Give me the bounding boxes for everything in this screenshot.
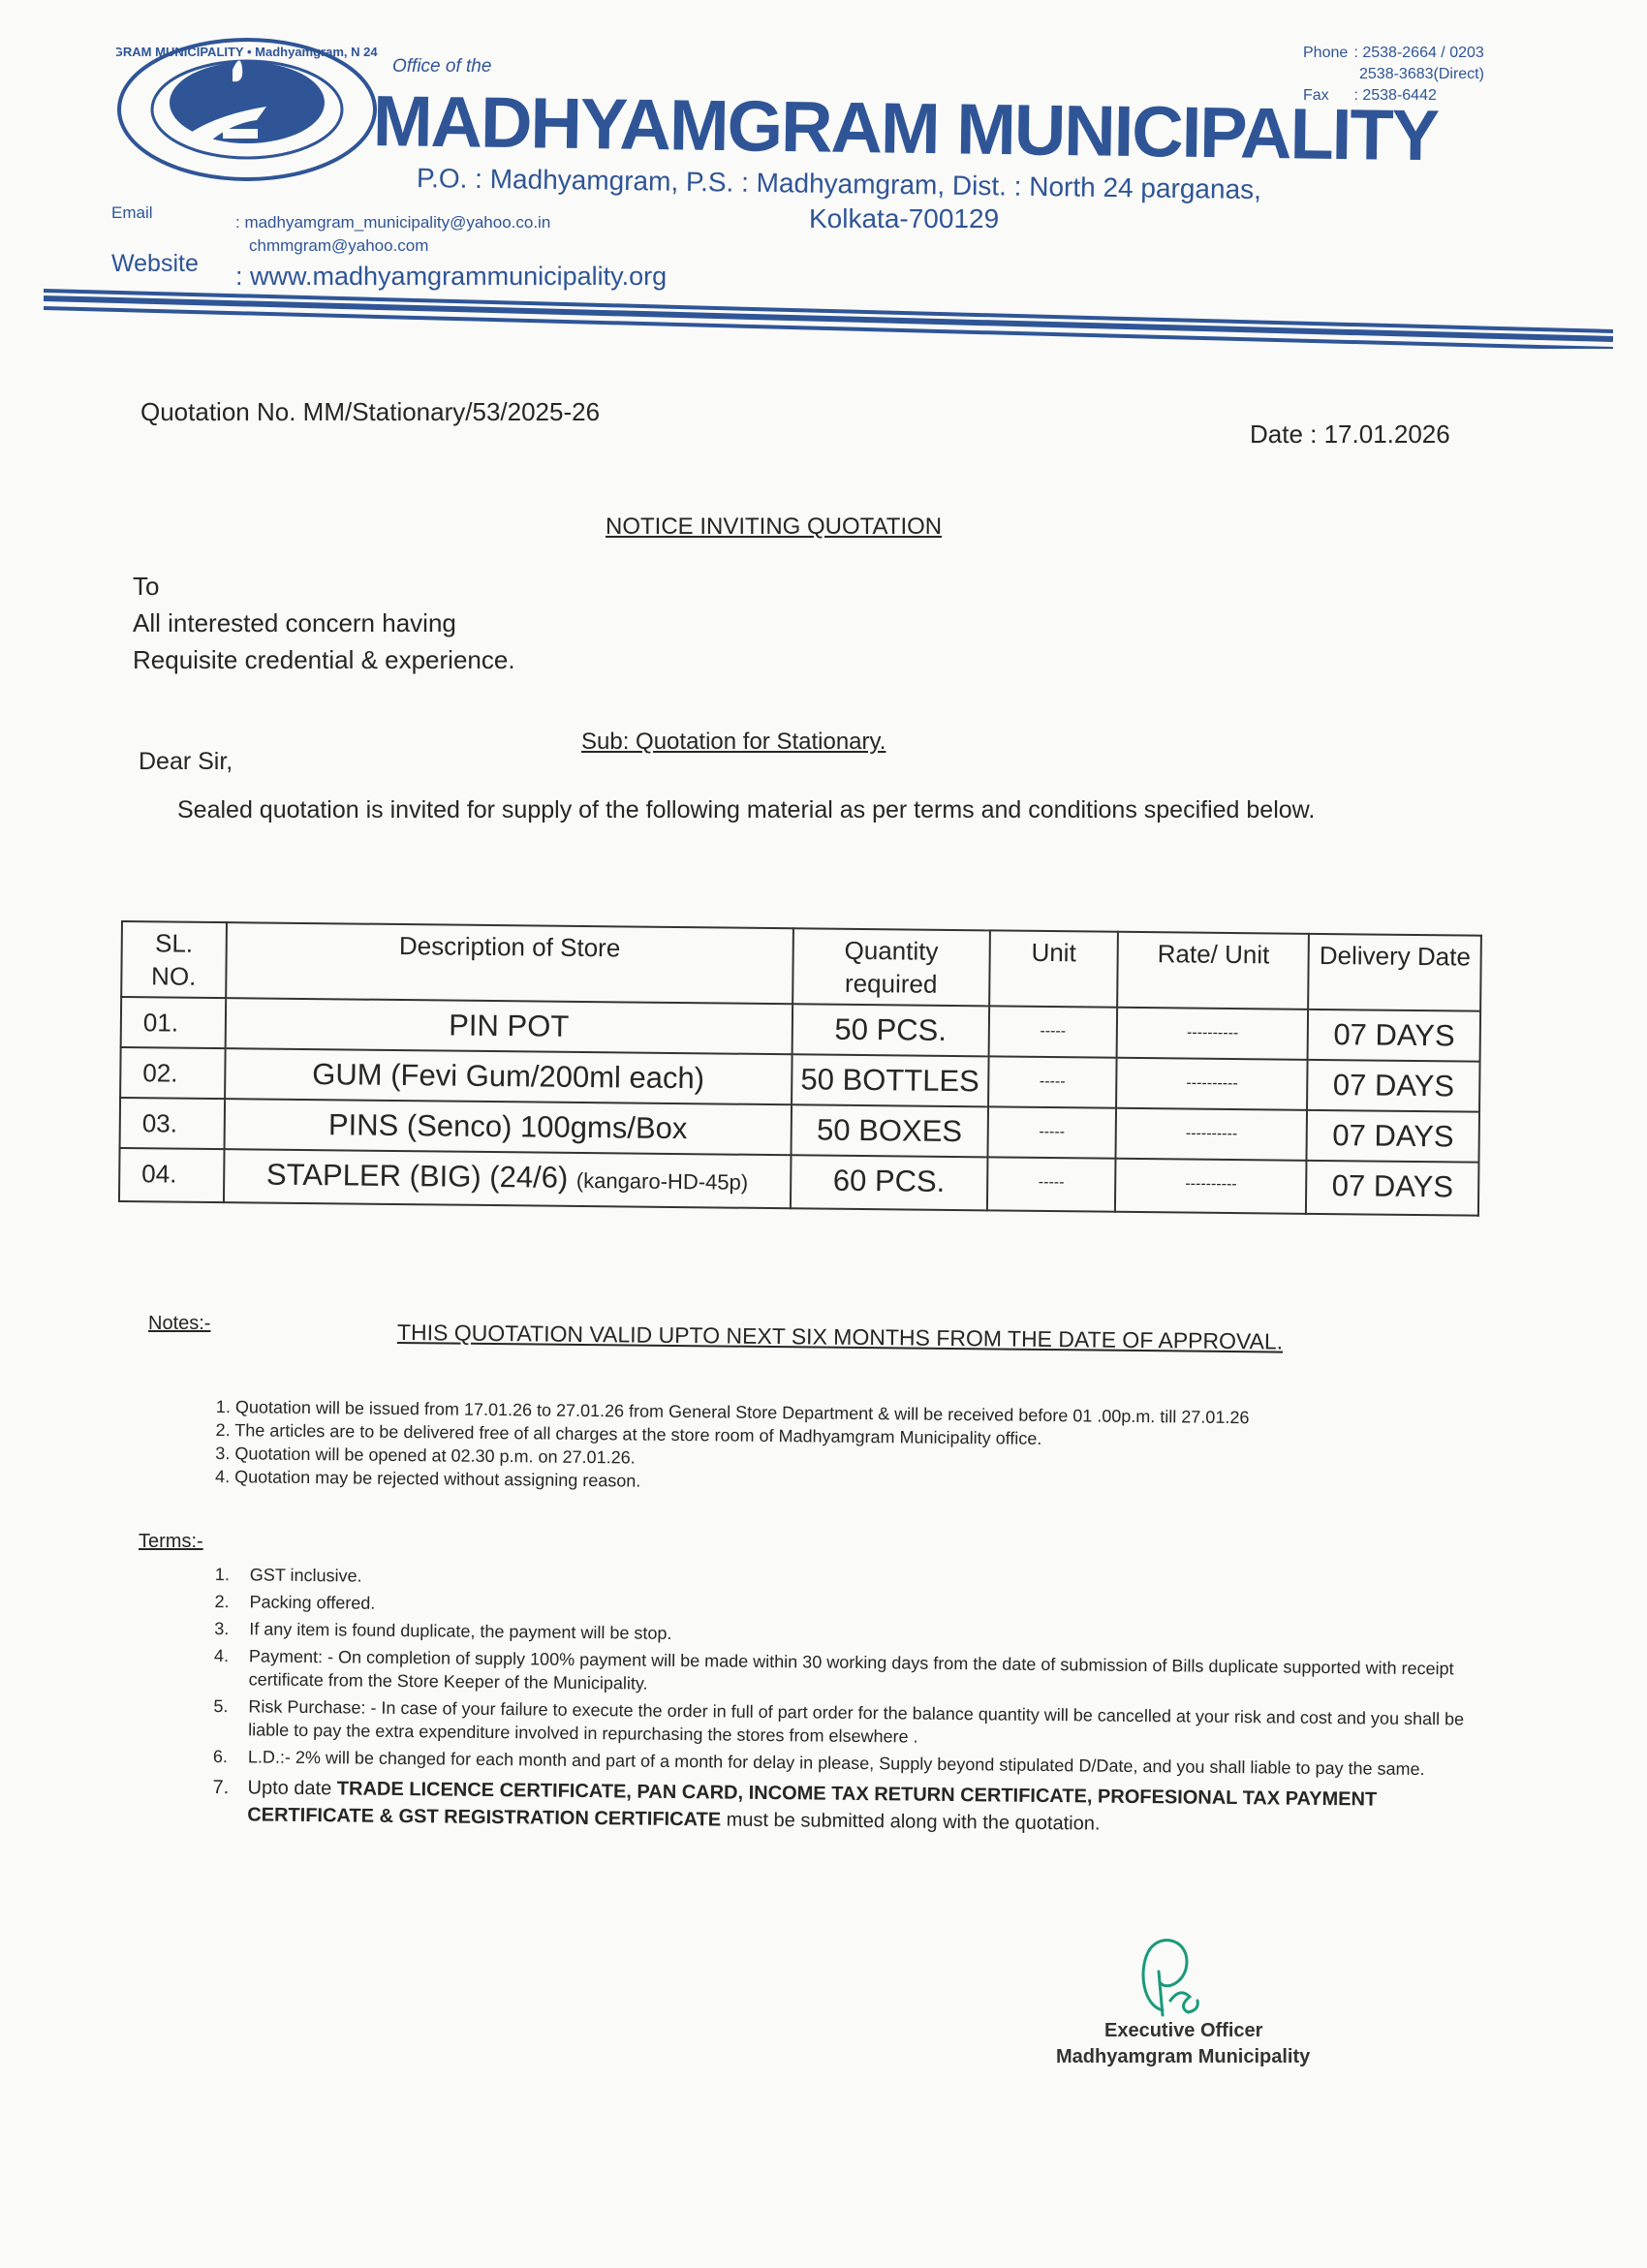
terms-label: Terms:- xyxy=(139,1531,203,1553)
table-header-row: SL. NO. Description of Store Quantity re… xyxy=(121,921,1481,1011)
cell-rate: ---------- xyxy=(1116,1108,1308,1161)
header-quantity: Quantity required xyxy=(792,928,989,1006)
cell-sl-no: 01. xyxy=(121,997,226,1048)
term-text: Payment: - On completion of supply 100% … xyxy=(249,1644,1474,1703)
notes-label: Notes:- xyxy=(148,1313,210,1335)
cell-sl-no: 03. xyxy=(120,1098,225,1149)
cell-quantity: 50 BOXES xyxy=(792,1104,988,1157)
cell-description: PIN POT xyxy=(225,998,792,1054)
phone-number-2: 2538-3683(Direct) xyxy=(1303,64,1484,85)
term-number: 2. xyxy=(214,1590,249,1613)
quotation-number: Quotation No. MM/Stationary/53/2025-26 xyxy=(140,397,600,427)
cell-unit: ----- xyxy=(987,1106,1116,1158)
cell-delivery: 07 DAYS xyxy=(1306,1161,1478,1216)
cell-rate: ---------- xyxy=(1117,1008,1309,1060)
contact-block: Phone : 2538-2664 / 0203 2538-3683(Direc… xyxy=(1303,43,1484,107)
header-unit: Unit xyxy=(989,930,1118,1007)
website-label: Website xyxy=(111,250,199,278)
description-note: (kangaro-HD-45p) xyxy=(576,1168,749,1195)
header-rate-per-unit: Rate/ Unit xyxy=(1117,932,1309,1010)
subject-line: Sub: Quotation for Stationary. xyxy=(581,729,886,756)
to-label: To xyxy=(133,568,515,605)
phone-label: Phone xyxy=(1303,43,1350,64)
cell-sl-no: 04. xyxy=(119,1148,224,1202)
svg-text:MADHYAMGRAM MUNICIPALITY • Mad: MADHYAMGRAM MUNICIPALITY • Madhyamgram, … xyxy=(116,45,378,59)
address-line-2: Kolkata-700129 xyxy=(809,203,999,234)
cell-description: GUM (Fevi Gum/200ml each) xyxy=(225,1048,792,1104)
term-text: Risk Purchase: - In case of your failure… xyxy=(248,1694,1473,1754)
recipient-line-2: Requisite credential & experience. xyxy=(133,641,515,678)
cell-delivery: 07 DAYS xyxy=(1307,1110,1479,1163)
signatory-organization: Madhyamgram Municipality xyxy=(1056,2046,1310,2068)
organization-name: MADHYAMGRAM MUNICIPALITY xyxy=(372,79,1438,176)
term-text: Packing offered. xyxy=(249,1590,375,1614)
cell-delivery: 07 DAYS xyxy=(1308,1010,1480,1062)
term-number: 3. xyxy=(214,1617,249,1640)
signature-icon xyxy=(1134,1933,1211,2025)
email-values: : madhyamgram_municipality@yahoo.co.in c… xyxy=(235,211,550,258)
header-delivery-date: Delivery Date xyxy=(1309,934,1481,1011)
cell-description: STAPLER (BIG) (24/6) (kangaro-HD-45p) xyxy=(224,1149,792,1208)
cell-delivery: 07 DAYS xyxy=(1307,1060,1479,1112)
header-description: Description of Store xyxy=(226,922,793,1004)
term-number: 4. xyxy=(214,1644,250,1691)
email-label: Email xyxy=(111,203,153,223)
fax-number: : 2538-6442 xyxy=(1353,87,1436,104)
validity-statement: THIS QUOTATION VALID UPTO NEXT SIX MONTH… xyxy=(397,1320,1283,1355)
cell-quantity: 60 PCS. xyxy=(791,1155,987,1210)
signatory-title: Executive Officer xyxy=(1104,2020,1262,2042)
email-address-1[interactable]: : madhyamgram_municipality@yahoo.co.in xyxy=(235,211,550,234)
office-of-label: Office of the xyxy=(392,56,491,78)
header-sl-no: SL. NO. xyxy=(121,921,227,998)
email-address-2[interactable]: chmmgram@yahoo.com xyxy=(235,234,550,258)
term-number: 5. xyxy=(213,1694,249,1741)
cell-unit: ----- xyxy=(988,1006,1117,1057)
cell-unit: ----- xyxy=(987,1157,1116,1211)
cell-rate: ---------- xyxy=(1115,1159,1307,1214)
term-number: 7. xyxy=(212,1774,248,1828)
cell-unit: ----- xyxy=(988,1056,1117,1107)
municipality-seal-logo-icon: MADHYAMGRAM MUNICIPALITY • Madhyamgram, … xyxy=(116,37,378,182)
term-item: 5.Risk Purchase: - In case of your failu… xyxy=(213,1694,1473,1755)
terms-list: 1.GST inclusive. 2.Packing offered. 3.If… xyxy=(212,1563,1475,1846)
cell-rate: ---------- xyxy=(1116,1058,1308,1110)
term-number: 6. xyxy=(213,1745,248,1768)
salutation: Dear Sir, xyxy=(139,748,233,776)
term-text: GST inclusive. xyxy=(250,1563,362,1587)
cell-sl-no: 02. xyxy=(120,1047,225,1099)
items-table: SL. NO. Description of Store Quantity re… xyxy=(118,920,1482,1217)
document-date: Date : 17.01.2026 xyxy=(1250,419,1450,450)
term-item: 7.Upto date TRADE LICENCE CERTIFICATE, P… xyxy=(212,1774,1473,1842)
term-text: Upto date TRADE LICENCE CERTIFICATE, PAN… xyxy=(247,1774,1473,1841)
term-number: 1. xyxy=(215,1563,250,1586)
fax-label: Fax xyxy=(1303,85,1350,107)
letterhead-divider-lines xyxy=(44,281,1613,349)
term-text: If any item is found duplicate, the paym… xyxy=(249,1617,671,1645)
notes-list: 1. Quotation will be issued from 17.01.2… xyxy=(215,1395,1250,1499)
recipient-line-1: All interested concern having xyxy=(133,605,515,641)
cell-description: PINS (Senco) 100gms/Box xyxy=(224,1099,792,1155)
cell-quantity: 50 PCS. xyxy=(792,1004,989,1056)
notice-title: NOTICE INVITING QUOTATION xyxy=(606,513,942,541)
term-item: 4.Payment: - On completion of supply 100… xyxy=(214,1644,1474,1704)
document-page: MADHYAMGRAM MUNICIPALITY • Madhyamgram, … xyxy=(0,0,1647,2268)
recipient-block: To All interested concern having Requisi… xyxy=(133,568,515,678)
phone-number-1: : 2538-2664 / 0203 xyxy=(1353,45,1483,61)
cell-quantity: 50 BOTTLES xyxy=(792,1054,988,1106)
intro-paragraph: Sealed quotation is invited for supply o… xyxy=(177,792,1437,827)
